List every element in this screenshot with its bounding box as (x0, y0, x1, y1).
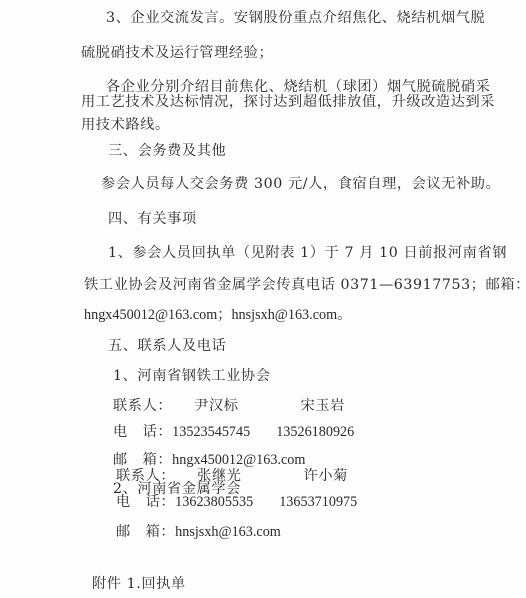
phone-row-2: 电 话：1362380553513653710975 (116, 493, 357, 511)
email-address: hngx450012@163.com (172, 452, 305, 468)
contact-person-2: 许小菊 (304, 468, 348, 484)
paragraph-line-2: 硫脱硝技术及运行管理经验； (81, 44, 273, 62)
matters-line-3-emails: hngx450012@163.com；hnsjsxh@163.com。 (84, 306, 351, 324)
email-address: hnsjsxh@163.com (175, 524, 281, 540)
email-label: 邮 箱： (113, 452, 172, 468)
contact-person-1: 尹汉标 (194, 398, 238, 414)
phone-number-1: 13623805535 (175, 494, 253, 510)
org-heading-steel-association: 1、河南省钢铁工业协会 (113, 367, 271, 385)
contact-person-2: 宋玉岩 (301, 398, 345, 414)
section-heading-contacts: 五、联系人及电话 (108, 337, 226, 355)
contact-person-1: 张继光 (197, 468, 241, 484)
contact-label: 联系人： (113, 398, 172, 414)
email-row-2: 邮 箱：hnsjsxh@163.com (116, 523, 281, 541)
section-heading-matters: 四、有关事项 (108, 210, 197, 228)
phone-number-2: 13526180926 (276, 424, 354, 440)
section-heading-fees: 三、会务费及其他 (108, 142, 226, 160)
paragraph-line-4: 用工艺技术及达标情况，探讨达到超低排放值，升级改造达到采 (81, 93, 495, 111)
phone-number-2: 13653710975 (279, 494, 357, 510)
matters-line-2: 铁工业协会及河南省金属学会传真电话 0371—63917753；邮箱： (84, 276, 526, 294)
matters-line-1: 1、参会人员回执单（见附表 1）于 7 月 10 日前报河南省钢 (108, 244, 507, 262)
attachment-note: 附件 1.回执单 (92, 575, 186, 593)
contact-label: 联系人： (116, 468, 175, 484)
phone-label: 电 话： (113, 424, 172, 440)
phone-row-1: 电 话：1352354574513526180926 (113, 423, 354, 441)
phone-label: 电 话： (116, 494, 175, 510)
fees-paragraph: 参会人员每人交会务费 300 元/人，食宿自理，会议无补助。 (101, 175, 500, 193)
paragraph-line-5: 用技术路线。 (81, 116, 170, 134)
paragraph-line-1: 3、企业交流发言。安钢股份重点介绍焦化、烧结机烟气脱 (106, 9, 485, 27)
phone-number-1: 13523545745 (172, 424, 250, 440)
contact-row-1: 联系人：尹汉标宋玉岩 (113, 397, 345, 415)
document-page: 3、企业交流发言。安钢股份重点介绍焦化、烧结机烟气脱 硫脱硝技术及运行管理经验；… (0, 0, 526, 598)
email-label: 邮 箱： (116, 524, 175, 540)
contact-row-2: 联系人：张继光许小菊 (116, 467, 348, 485)
